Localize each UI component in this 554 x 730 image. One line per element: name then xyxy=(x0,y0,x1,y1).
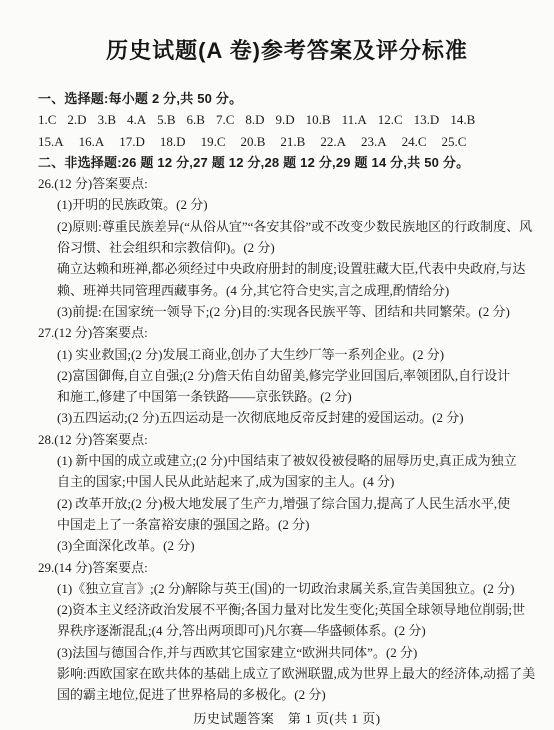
choice-section-heading: 一、选择题:每小题 2 分,共 50 分。 xyxy=(38,88,536,109)
choice-answer: 11.A xyxy=(342,109,367,130)
page-footer: 历史试题答案 第 1 页(共 1 页) xyxy=(38,709,536,729)
question-28-heading: 28.(12 分)答案要点: xyxy=(38,429,536,450)
answer-point-line: 俗习惯、社会组织和宗教信仰)。(2 分) xyxy=(38,237,536,258)
question-29-heading: 29.(14 分)答案要点: xyxy=(38,557,536,578)
answer-point-line: 国的霸主地位,促进了世界格局的多极化。(2 分) xyxy=(38,684,536,705)
answer-key-page: 历史试题(A 卷)参考答案及评分标准 一、选择题:每小题 2 分,共 50 分。… xyxy=(0,0,554,730)
choice-answers-row-2: 15.A 16.A 17.D 18.D 19.C 20.B 21.B 22.A … xyxy=(38,131,536,152)
choice-answer: 22.A xyxy=(320,131,346,152)
choice-answer: 20.B xyxy=(240,131,265,152)
choice-answer: 2.D xyxy=(67,109,86,130)
choice-answer: 8.D xyxy=(245,109,264,130)
answer-point-line: 确立达赖和班禅,都必须经过中央政府册封的制度;设置驻藏大臣,代表中央政府,与达 xyxy=(38,258,536,279)
answer-point-line: (2)富国御侮,自立自强;(2 分)詹天佑自幼留美,修完学业回国后,率领团队,自… xyxy=(38,365,536,386)
choice-answer: 6.B xyxy=(187,109,205,130)
choice-answer: 10.B xyxy=(306,109,331,130)
answer-point-line: (3)前提:在国家统一领导下;(2 分)目的:实现各民族平等、团结和共同繁荣。(… xyxy=(38,301,536,322)
question-26-block: 26.(12 分)答案要点: (1)开明的民族政策。(2 分) (2)原则:尊重… xyxy=(38,173,536,322)
choice-answer: 19.C xyxy=(201,131,226,152)
choice-answer: 5.B xyxy=(157,109,175,130)
answer-point-line: (3)五四运动;(2 分)五四运动是一次彻底地反帝反封建的爱国运动。(2 分) xyxy=(38,407,536,428)
question-27-heading: 27.(12 分)答案要点: xyxy=(38,322,536,343)
question-27-block: 27.(12 分)答案要点: (1) 实业救国;(2 分)发展工商业,创办了大生… xyxy=(38,322,536,428)
answer-point-line: 界秩序逐渐混乱;(4 分,答出两项即可)凡尔赛—华盛顿体系。(2 分) xyxy=(38,620,536,641)
choice-answer: 16.A xyxy=(79,131,105,152)
question-29-block: 29.(14 分)答案要点: (1)《独立宣言》;(2 分)解除与英王(国)的一… xyxy=(38,557,536,706)
choice-answer: 12.C xyxy=(378,109,403,130)
choice-answer: 25.C xyxy=(442,131,467,152)
answer-point-line: (1)开明的民族政策。(2 分) xyxy=(38,194,536,215)
choice-answer: 14.B xyxy=(450,109,475,130)
answer-point-line: (3)全面深化改革。(2 分) xyxy=(38,535,536,556)
answer-point-line: (1) 新中国的成立或建立;(2 分)中国结束了被奴役被侵略的屈辱历史,真正成为… xyxy=(38,450,536,471)
choice-answer: 23.A xyxy=(361,131,387,152)
question-28-block: 28.(12 分)答案要点: (1) 新中国的成立或建立;(2 分)中国结束了被… xyxy=(38,429,536,557)
answer-point-line: (2) 改革开放;(2 分)极大地发展了生产力,增强了综合国力,提高了人民生活水… xyxy=(38,493,536,514)
choice-answer: 4.A xyxy=(127,109,146,130)
answer-point-line: 影响:西欧国家在欧共体的基础上成立了欧洲联盟,成为世界上最大的经济体,动摇了美 xyxy=(38,663,536,684)
choice-answer: 7.C xyxy=(216,109,234,130)
answer-point-line: (3)法国与德国合作,并与西欧其它国家建立“欧洲共同体”。(2 分) xyxy=(38,642,536,663)
answer-point-line: (1) 实业救国;(2 分)发展工商业,创办了大生纱厂等一系列企业。(2 分) xyxy=(38,344,536,365)
answer-point-line: 和施工,修建了中国第一条铁路——京张铁路。(2 分) xyxy=(38,386,536,407)
answer-point-line: (1)《独立宣言》;(2 分)解除与英王(国)的一切政治隶属关系,宣告美国独立。… xyxy=(38,578,536,599)
question-26-heading: 26.(12 分)答案要点: xyxy=(38,173,536,194)
choice-answers-row-1: 1.C 2.D 3.B 4.A 5.B 6.B 7.C 8.D 9.D 10.B… xyxy=(38,109,536,130)
non-choice-section-heading: 二、非选择题:26 题 12 分,27 题 12 分,28 题 12 分,29 … xyxy=(38,152,536,173)
choice-answer: 24.C xyxy=(402,131,427,152)
answer-point-line: 自主的国家;中国人民从此站起来了,成为国家的主人。(4 分) xyxy=(38,471,536,492)
answer-point-line: 中国走上了一条富裕安康的强国之路。(2 分) xyxy=(38,514,536,535)
choice-answer: 15.A xyxy=(38,131,64,152)
answer-point-line: 赖、班禅共同管理西藏事务。(4 分,其它符合史实,言之成理,酌情给分) xyxy=(38,280,536,301)
choice-answer: 21.B xyxy=(280,131,305,152)
choice-answer: 3.B xyxy=(98,109,116,130)
page-title: 历史试题(A 卷)参考答案及评分标准 xyxy=(38,36,536,66)
choice-answer: 13.D xyxy=(414,109,440,130)
answer-point-line: (2)资本主义经济政治发展不平衡;各国力量对比发生变化;英国全球领导地位削弱;世 xyxy=(38,599,536,620)
choice-answer: 17.D xyxy=(119,131,145,152)
choice-answer: 18.D xyxy=(160,131,186,152)
choice-answer: 1.C xyxy=(38,109,56,130)
answer-point-line: (2)原则:尊重民族差异(“从俗从宜”“各安其俗”或不改变少数民族地区的行政制度… xyxy=(38,216,536,237)
choice-answer: 9.D xyxy=(276,109,295,130)
